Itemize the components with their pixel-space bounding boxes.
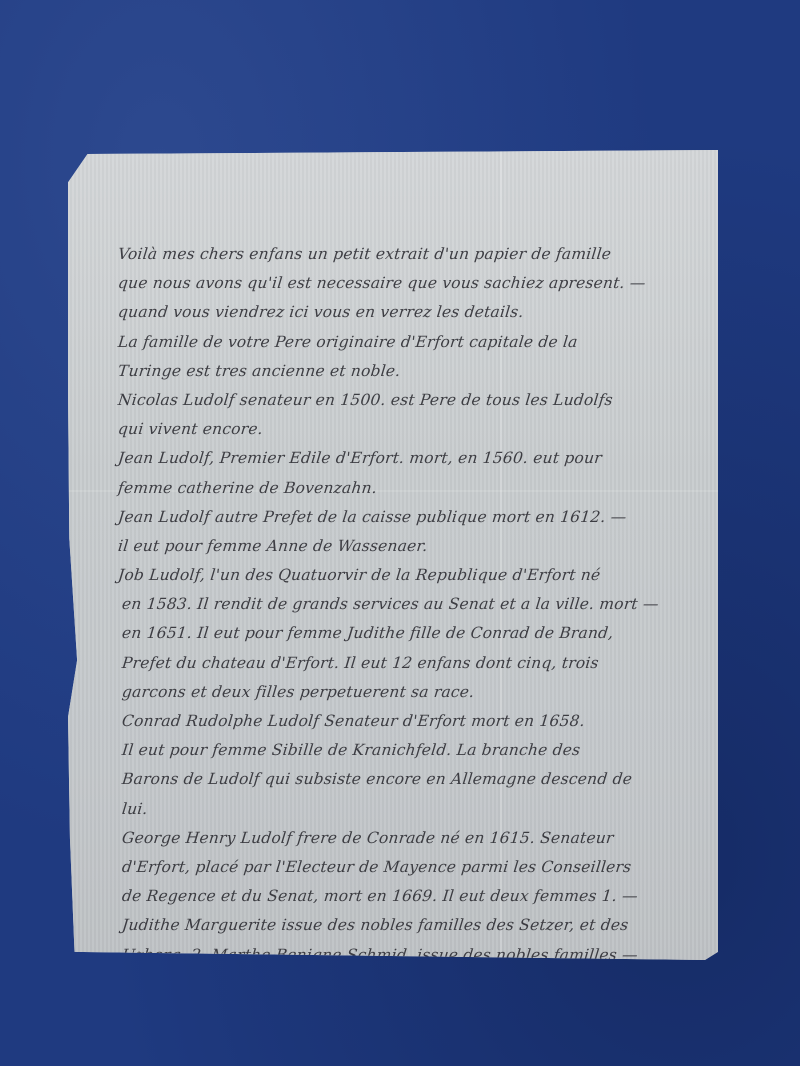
text-line: Il eut pour femme Sibille de Kranichfeld… [116,736,704,765]
text-line: Barons de Ludolf qui subsiste encore en … [116,765,704,794]
letter-text: Voilà mes chers enfans un petit extrait … [118,240,703,970]
text-line: en 1583. Il rendit de grands services au… [116,590,704,619]
text-line: lui. [116,795,704,824]
text-line: qui vivent encore. [116,415,704,444]
text-line: Jean Ludolf, Premier Edile d'Erfort. mor… [116,444,704,473]
text-line: que nous avons qu'il est necessaire que … [116,269,704,298]
text-line: La famille de votre Pere originaire d'Er… [116,328,704,357]
text-line: Voilà mes chers enfans un petit extrait … [116,240,704,269]
text-line: quand vous viendrez ici vous en verrez l… [116,298,704,327]
text-line: en 1651. Il eut pour femme Judithe fille… [116,619,704,648]
text-line: Judithe Marguerite issue des nobles fami… [116,911,704,940]
text-line: George Henry Ludolf frere de Conrade né … [116,824,704,853]
text-line: Uzberg. 2. Marthe Benigne Schmid, issue … [116,941,704,970]
text-line: il eut pour femme Anne de Wassenaer. [116,532,704,561]
text-line: Nicolas Ludolf senateur en 1500. est Per… [116,386,704,415]
text-line: Job Ludolf, l'un des Quatuorvir de la Re… [116,561,704,590]
text-line: Jean Ludolf autre Prefet de la caisse pu… [116,503,704,532]
text-line: garcons et deux filles perpetuerent sa r… [116,678,704,707]
text-line: Turinge est tres ancienne et noble. [116,357,704,386]
text-line: de Regence et du Senat, mort en 1669. Il… [116,882,704,911]
text-line: femme catherine de Bovenzahn. [116,474,704,503]
handwritten-letter-page: Voilà mes chers enfans un petit extrait … [68,150,718,960]
text-line: Conrad Rudolphe Ludolf Senateur d'Erfort… [116,707,704,736]
text-line: d'Erfort, placé par l'Electeur de Mayenc… [116,853,704,882]
text-line: Prefet du chateau d'Erfort. Il eut 12 en… [116,649,704,678]
